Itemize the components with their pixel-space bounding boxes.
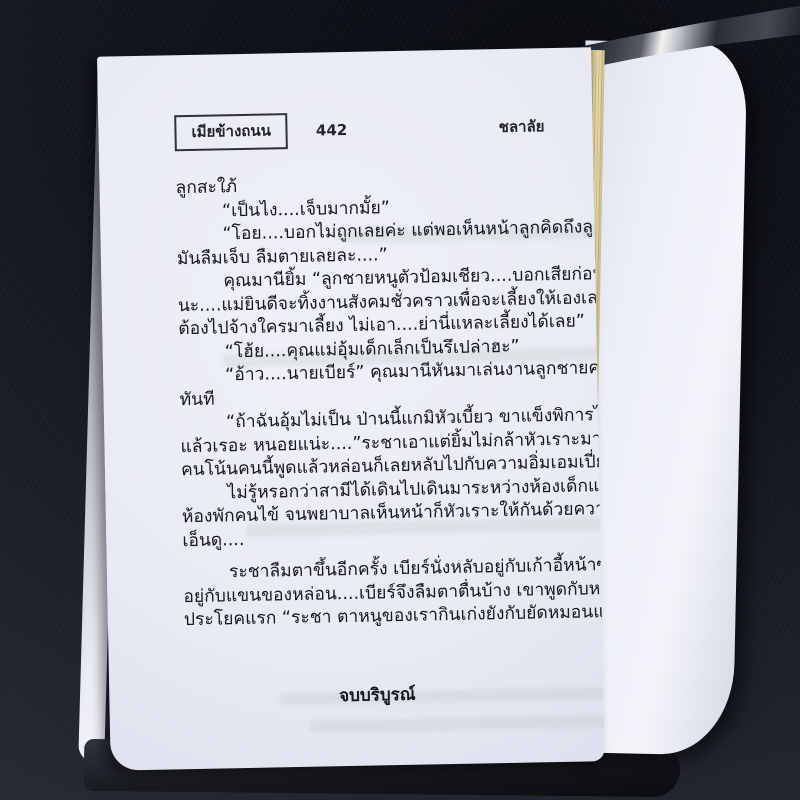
end-of-book-text: จบบริบูรณ์ (185, 677, 569, 711)
book-page: เมียข้างถนน 442 ชลาลัย ลูกสะใภ้ “เป็นไง.… (97, 47, 605, 770)
book-photo-scene: เมียข้างถนน 442 ชลาลัย ลูกสะใภ้ “เป็นไง.… (0, 0, 800, 800)
body-text: ลูกสะใภ้ “เป็นไง....เจ็บมากมั้ย” “โอย...… (175, 170, 568, 633)
page-number: 442 (316, 121, 348, 140)
show-through-smudge (310, 715, 605, 733)
page-header: เมียข้างถนน 442 ชลาลัย (174, 108, 559, 151)
page-content: เมียข้างถนน 442 ชลาลัย ลูกสะใภ้ “เป็นไง.… (97, 47, 604, 713)
book-title-box: เมียข้างถนน (174, 113, 288, 151)
author-name: ชลาลัย (498, 114, 558, 139)
